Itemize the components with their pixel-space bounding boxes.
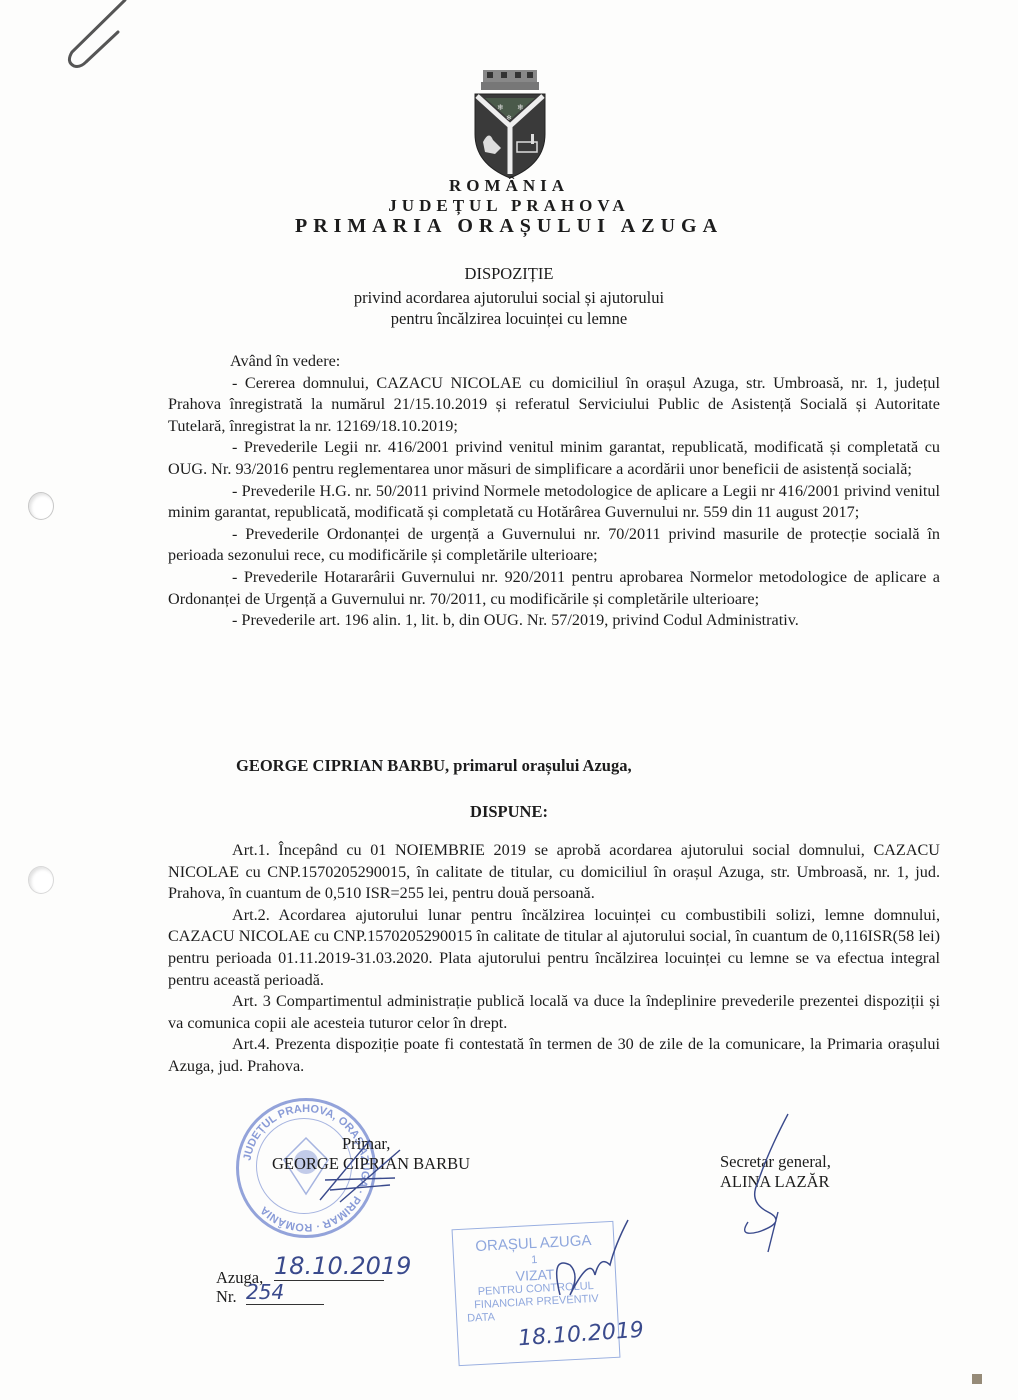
document-subtitle-line-2: pentru încălzirea locuinței cu lemne: [0, 308, 1018, 329]
punch-hole: [28, 492, 54, 520]
financial-control-signature-icon: [540, 1215, 630, 1305]
number-label: Nr.: [216, 1287, 237, 1307]
considering-item: - Prevederile art. 196 alin. 1, lit. b, …: [168, 610, 940, 632]
secretary-signature-icon: [728, 1112, 818, 1262]
considering-intro: Având în vedere:: [168, 351, 940, 373]
header-county: JUDEȚUL PRAHOVA: [0, 196, 1018, 216]
number-handwritten: 254: [246, 1280, 324, 1305]
azuga-coat-of-arms-icon: ❄ ❄ ❄: [471, 68, 549, 180]
mayor-role: , primarul orașului Azuga,: [445, 756, 632, 775]
svg-text:❄: ❄: [497, 103, 504, 112]
mayor-signature-icon: [300, 1130, 420, 1210]
paperclip-icon: [60, 0, 140, 72]
article-4: Art.4. Prezenta dispoziție poate fi cont…: [168, 1034, 940, 1077]
punch-hole: [28, 866, 54, 894]
corner-mark: [972, 1374, 982, 1384]
considering-item: - Prevederile Ordonanței de urgență a Gu…: [168, 524, 940, 567]
article-3: Art. 3 Compartimentul administrație publ…: [168, 991, 940, 1034]
header-country: ROMÂNIA: [0, 176, 1018, 196]
considering-item: - Cererea domnului, CAZACU NICOLAE cu do…: [168, 373, 940, 438]
decides-heading: DISPUNE:: [0, 802, 1018, 822]
article-2: Art.2. Acordarea ajutorului lunar pentru…: [168, 905, 940, 991]
article-1: Art.1. Începând cu 01 NOIEMBRIE 2019 se …: [168, 840, 940, 905]
considering-section: Având în vedere: - Cererea domnului, CAZ…: [168, 351, 940, 632]
considering-item: - Prevederile Legii nr. 416/2001 privind…: [168, 437, 940, 480]
svg-text:❄: ❄: [506, 114, 512, 122]
mayor-name: GEORGE CIPRIAN BARBU: [236, 756, 445, 775]
considering-item: - Prevederile Hotararârii Guvernului nr.…: [168, 567, 940, 610]
articles-section: Art.1. Începând cu 01 NOIEMBRIE 2019 se …: [168, 840, 940, 1078]
svg-text:❄: ❄: [517, 103, 524, 112]
document-subtitle-line-1: privind acordarea ajutorului social și a…: [0, 287, 1018, 308]
header-institution: PRIMARIA ORAȘULUI AZUGA: [0, 215, 1018, 238]
mayor-line: GEORGE CIPRIAN BARBU, primarul orașului …: [236, 756, 632, 776]
considering-item: - Prevederile H.G. nr. 50/2011 privind N…: [168, 481, 940, 524]
date-handwritten: 18.10.2019: [274, 1252, 384, 1281]
document-title: DISPOZIȚIE: [0, 263, 1018, 284]
